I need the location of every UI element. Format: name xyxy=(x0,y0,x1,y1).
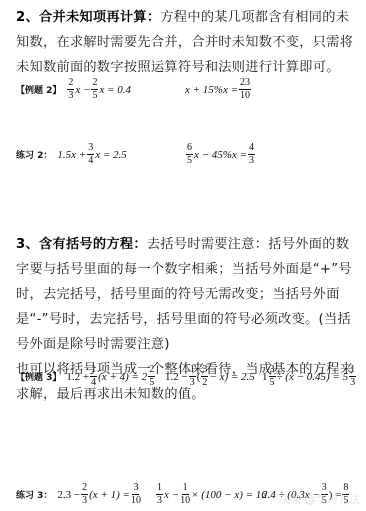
example2-equation-1: 【例题 2】 23 x − 25 x = 0.4 xyxy=(16,78,131,101)
section3-body: 去括号时需要注意：括号外面的数字要与括号里面的每一个数字相乘；当括号外面是“+”… xyxy=(16,237,352,352)
watermark: 头条 @学习方法 xyxy=(280,491,361,507)
fraction: 14 xyxy=(90,365,97,388)
fraction: 34 xyxy=(87,143,94,166)
example2-label: 【例题 2】 xyxy=(16,83,61,96)
fraction: 65 xyxy=(186,143,193,166)
section2-paragraph: 2、合并未知项再计算：方程中的某几项都含有相同的未知数，在求解时需要先合并，合并… xyxy=(16,5,356,80)
practice3-equation-2: 13 x − 110 × (100 − x) = 16 xyxy=(155,483,267,506)
fraction: 13 xyxy=(189,365,196,388)
example2-equation-2: x + 15%x = 2310 xyxy=(185,78,252,101)
fraction: 23 xyxy=(67,78,74,101)
fraction: 13 xyxy=(156,483,163,506)
fraction: 32 xyxy=(201,365,208,388)
section2-heading: 2、合并未知项再计算： xyxy=(16,10,160,25)
fraction: 23 xyxy=(81,483,88,506)
fraction: 43 xyxy=(248,143,255,166)
fraction: 110 xyxy=(180,483,190,506)
example3-label: 【例题 3】 xyxy=(16,370,61,383)
fraction: 310 xyxy=(131,483,141,506)
section3-heading: 3、含有括号的方程： xyxy=(16,237,147,252)
example3-equation-1: 【例题 3】 1.2 + 14 (x + 4) = 2 25 xyxy=(16,365,156,388)
fraction: 25 xyxy=(148,365,155,388)
fraction: 13 xyxy=(349,365,356,388)
practice2-label: 练习 2： xyxy=(16,148,52,161)
fraction: 35 xyxy=(269,365,276,388)
practice3-label: 练习 3： xyxy=(16,488,52,501)
practice2-equation-1: 练习 2： 1.5x + 34 x = 2.5 xyxy=(16,143,127,166)
practice3-equation-1: 练习 3： 2.3 − 23 (x + 1) = 310 xyxy=(16,483,142,506)
practice2-equation-2: 65 x − 45%x = 43 xyxy=(185,143,256,166)
fraction: 25 xyxy=(91,78,98,101)
fraction: 2310 xyxy=(239,78,251,101)
example3-equation-3: 1 35 ÷ (x − 0.45) = 5 13 xyxy=(262,365,357,388)
example3-equation-2: 1.2 − 13 ( 32 − x) = 2.5 xyxy=(165,365,255,388)
